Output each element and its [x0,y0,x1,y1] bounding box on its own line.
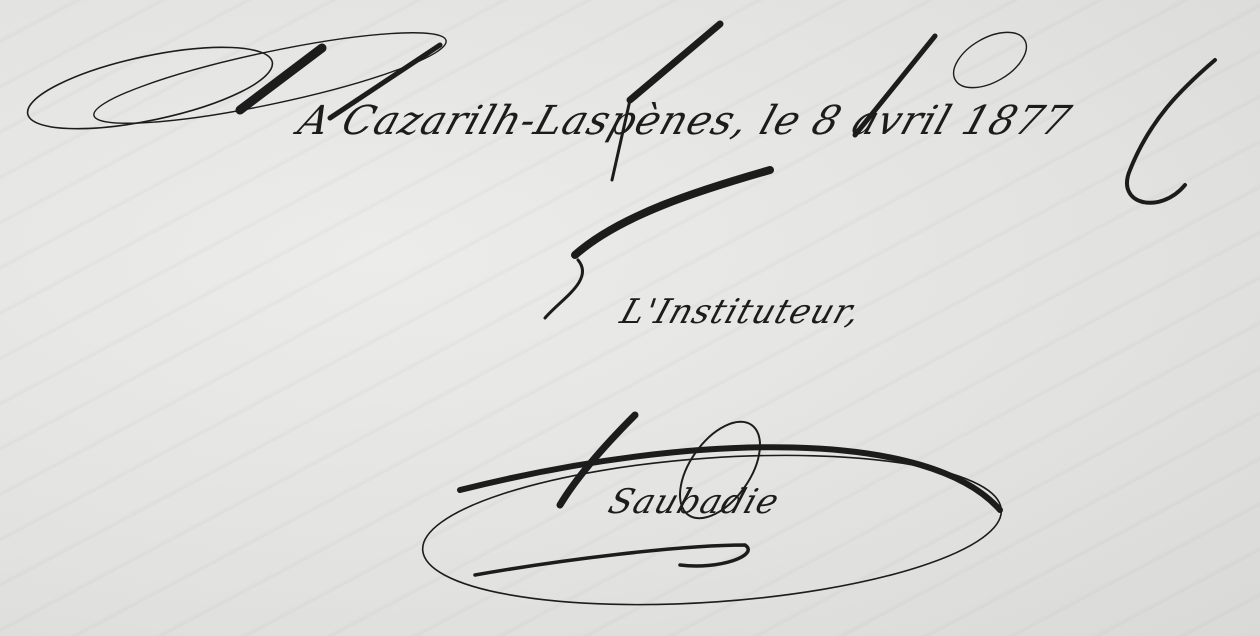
flourish-oval-left [21,31,279,146]
signature-paraph-inner [475,545,748,575]
signature: Saubadie [604,482,785,522]
stroke-capital-l-instituteur [575,170,770,255]
place-date-line: A Cazarilh-Laspènes, le 8 avril 1877 [293,98,1078,144]
title-line: L'Instituteur, [616,292,867,332]
signature-paraph-oval [418,438,1007,622]
flourish-date-tail [1127,60,1215,203]
